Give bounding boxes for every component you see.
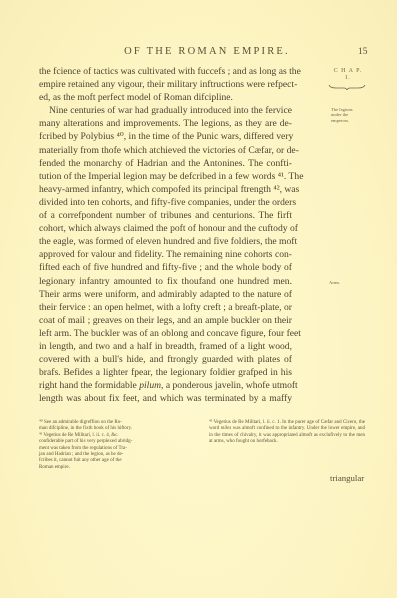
text-line: brafs. Befides a lighter fpear, the legi… [39, 366, 292, 379]
text-line: cohort, which always claimed the poft of… [39, 222, 292, 235]
running-title: OF THE ROMAN EMPIRE. [92, 46, 322, 57]
footnotes: ⁴⁰ See an admirable digreffion on the Ro… [39, 420, 365, 471]
chapter-number: I. [329, 75, 367, 82]
italic-term: pilum [139, 380, 161, 391]
text-line: ed, as the moft perfect model of Roman d… [39, 91, 292, 104]
text-line: tution of the Imperial legion may be def… [39, 170, 292, 183]
footnote-42: ⁴² Vegetius de Re Militari, l. ii. c. 1.… [209, 420, 365, 446]
footnote-text: was almoft confined to the infantry. Und… [209, 426, 365, 444]
footnote-line: Roman empire. [39, 465, 195, 471]
text-line: in length, and two and a half in breadth… [39, 340, 292, 353]
text-line: length was about fix feet, and which was… [39, 392, 292, 405]
text-line: fifted each of five hundred and fifty-fi… [39, 261, 292, 274]
text-line: heavy-armed infantry, which compofed its… [39, 183, 292, 196]
text-line: many alterations and improvements. The l… [39, 117, 292, 130]
body-text: the fcience of tactics was cultivated wi… [39, 65, 292, 405]
text-line: approved for valour and fidelity. The re… [39, 248, 292, 261]
italic-term: miles [221, 426, 232, 431]
text-line: divided into ten cohorts, and fifty-five… [39, 196, 292, 209]
text-line: Nine centuries of war had gradually intr… [39, 104, 292, 117]
text-line: coat of mail ; greaves on their legs, an… [39, 314, 292, 327]
text-line: Their arms were uniform, and admirably a… [39, 288, 292, 301]
text-line: fcribed by Polybius ⁴⁰, in the time of t… [39, 130, 292, 143]
text-line: fended the monarchy of Hadrian and the A… [39, 157, 292, 170]
text-line: covered with a bull's hide, and ftrongly… [39, 353, 292, 366]
margin-note-arms: Arms. [329, 280, 340, 285]
text-line: left arm. The buckler was of an oblong a… [39, 327, 292, 340]
footnote-column-left: ⁴⁰ See an admirable digreffion on the Ro… [39, 420, 195, 471]
footnote-column-right: ⁴² Vegetius de Re Militari, l. ii. c. 1.… [209, 420, 365, 471]
margin-note-legions: The legions under the emperors. [331, 107, 353, 123]
chapter-marker: C H A P. I. [329, 68, 367, 82]
chapter-label: C H A P. [329, 68, 367, 75]
text-line: materially from thofe which atchieved th… [39, 144, 292, 157]
text-line: the fcience of tactics was cultivated wi… [39, 65, 292, 78]
book-page: OF THE ROMAN EMPIRE. 15 C H A P. I. The … [0, 0, 397, 598]
text-line: their fervice : an open helmet, with a l… [39, 301, 292, 314]
page-number: 15 [358, 47, 368, 57]
text-fragment: right hand the formidable [39, 380, 139, 391]
text-line: the eagle, was formed of eleven hundred … [39, 235, 292, 248]
text-line: empire retained any vigour, their milita… [39, 78, 292, 91]
text-fragment: , a ponderous javelin, whofe utmoft [161, 380, 298, 391]
brace-ornament-icon [328, 84, 366, 90]
text-line: right hand the formidable pilum, a ponde… [39, 379, 292, 392]
text-line: legionary infantry amounted to fix thouf… [39, 275, 292, 288]
catchword: triangular [330, 473, 364, 483]
margin-note-line: emperors. [331, 118, 353, 123]
text-line: of a correfpondent number of tribunes an… [39, 209, 292, 222]
